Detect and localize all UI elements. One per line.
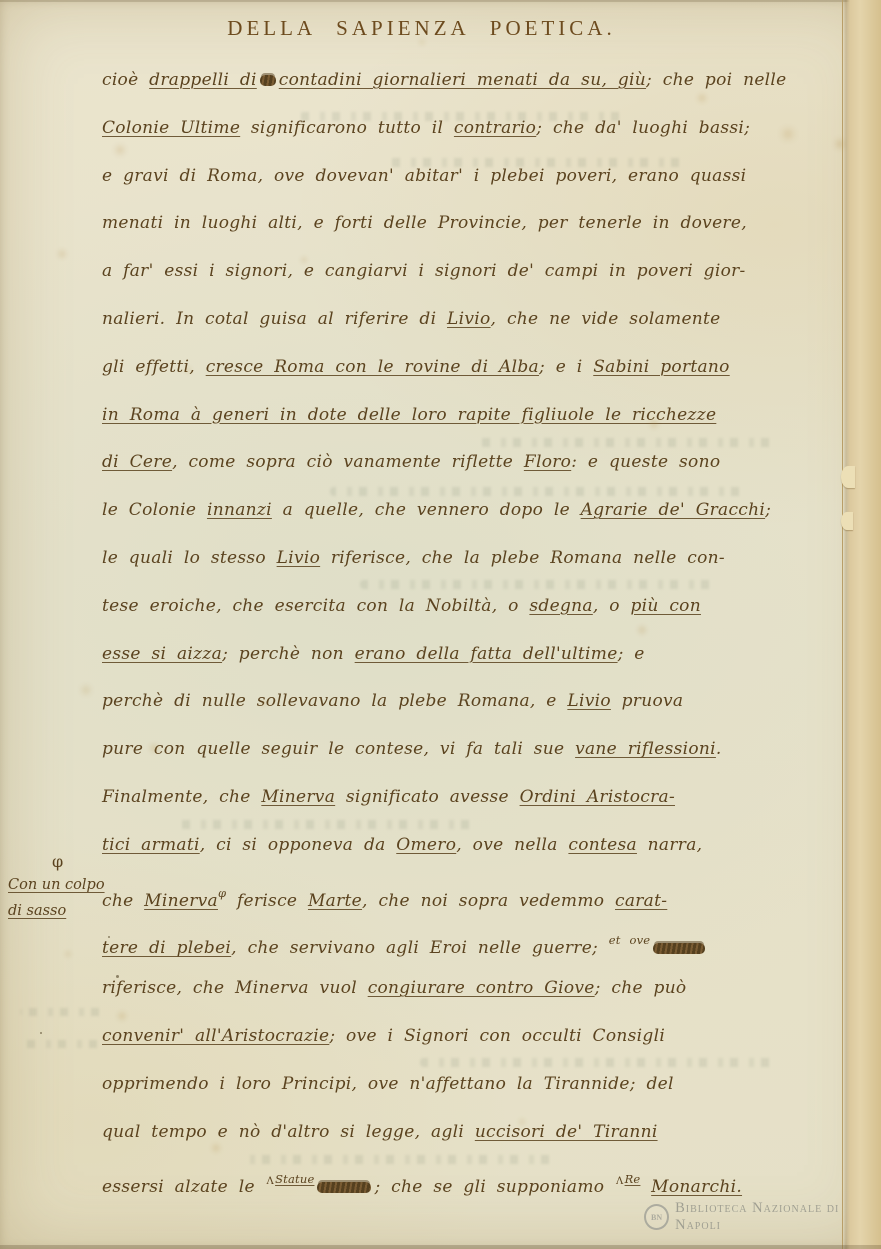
manuscript-word: carat- [615,891,667,911]
manuscript-word: Omero [396,835,456,855]
manuscript-word: cresce Roma con le rovine di Alba [206,357,539,377]
manuscript-word: ; e i [539,357,593,377]
manuscript-word: ; perchè non [222,644,355,664]
manuscript-word: pure con quelle seguir le contese, vi fa… [102,739,575,759]
manuscript-word: tici armati [102,835,200,855]
manuscript-word: vane riflessioni [575,739,716,759]
manuscript-word: Marte [308,891,362,911]
manuscript-word [640,1177,651,1197]
manuscript-line: gli effetti, cresce Roma con le rovine d… [102,344,847,392]
manuscript-word: opprimendo i loro Principi, ove n'affett… [102,1074,674,1094]
manuscript-word: le quali lo stesso [102,548,277,568]
manuscript-word: , che servivano agli Eroi nelle guerre; [231,938,609,958]
bleedthrough-mark [330,487,750,496]
margin-note-line-1: Con un colpo [8,872,110,898]
manuscript-word: in Roma à generi in dote delle loro rapi… [102,405,716,425]
manuscript-word: : e queste sono [571,452,720,472]
scan-top-edge [0,0,881,2]
manuscript-word: esse si aizza [102,644,222,664]
manuscript-word: pruova [611,691,683,711]
manuscript-word: menati in luoghi alti, e forti delle Pro… [102,213,747,233]
manuscript-word: ; che se gli supponiamo [374,1177,615,1197]
manuscript-word: contesa [568,835,637,855]
manuscript-word: essersi alzate le [102,1177,266,1197]
manuscript-word: ; ove i Signori con occulti Consigli [329,1026,665,1046]
manuscript-word: uccisori de' Tiranni [475,1122,658,1142]
manuscript-word: , ci si opponeva da [200,835,397,855]
manuscript-word: le Colonie [102,500,207,520]
manuscript-line: le quali lo stesso Livio riferisce, che … [102,535,847,583]
manuscript-word: gli effetti, [102,357,206,377]
manuscript-word: erano della fatta dell'ultime [355,644,618,664]
manuscript-word: riferisce, che la plebe Romana nelle con… [320,548,725,568]
manuscript-word: Agrarie de' Gracchi [581,500,765,520]
manuscript-word: di Cere [102,452,172,472]
manuscript-word: Livio [277,548,321,568]
manuscript-line: menati in luoghi alti, e forti delle Pro… [102,200,847,248]
manuscript-word: Floro [524,452,571,472]
manuscript-page: DELLA SAPIENZA POETICA. cioè drappelli d… [0,0,881,1249]
scan-bottom-edge [0,1245,881,1249]
ink-speck [40,1032,42,1034]
manuscript-word: Minerva [261,787,335,807]
manuscript-line: in Roma à generi in dote delle loro rapi… [102,392,847,440]
manuscript-word: . [716,739,722,759]
manuscript-line: tese eroiche, che esercita con la Nobilt… [102,583,847,631]
bleedthrough-mark [240,1155,560,1164]
bleedthrough-mark [180,820,480,829]
insertion-caret: Λ [267,1176,275,1187]
manuscript-word: ; [765,500,771,520]
manuscript-word: Re [625,1172,641,1186]
scribbled-out-word [260,75,276,86]
margin-note: φ Con un colpo di sasso [8,852,110,924]
manuscript-word: Livio [447,309,491,329]
manuscript-line: cioè drappelli dicontadini giornalieri m… [102,57,847,105]
manuscript-word: Sabini portano [593,357,729,377]
manuscript-word: Finalmente, che [102,787,261,807]
manuscript-word: sdegna [529,596,592,616]
manuscript-word: riferisce, che Minerva vuol [102,978,368,998]
manuscript-word: ferisce [226,891,308,911]
manuscript-word: Minerva [144,891,218,911]
bleedthrough-mark [420,1058,780,1067]
manuscript-line: che Minervaφ ferisce Marte, che noi sopr… [102,870,847,918]
manuscript-word: drappelli di [149,70,257,90]
manuscript-word: qual tempo e nò d'altro si legge, agli [102,1122,475,1142]
manuscript-line: opprimendo i loro Principi, ove n'affett… [102,1061,847,1109]
manuscript-word: ; che poi nelle [646,70,786,90]
manuscript-word: , che noi sopra vedemmo [362,891,615,911]
manuscript-line: qual tempo e nò d'altro si legge, agli u… [102,1109,847,1157]
bleedthrough-mark [22,1040,108,1048]
manuscript-word: cioè [102,70,149,90]
library-logo-icon: BN [644,1204,669,1230]
manuscript-line: convenir' all'Aristocrazie; ove i Signor… [102,1013,847,1061]
manuscript-line: pure con quelle seguir le contese, vi fa… [102,726,847,774]
ink-speck [108,936,110,938]
manuscript-line: Finalmente, che Minerva significato aves… [102,774,847,822]
manuscript-word: φ [218,886,226,900]
manuscript-word: perchè di nulle sollevavano la plebe Rom… [102,691,567,711]
manuscript-word: più con [630,596,700,616]
manuscript-word: a far' essi i signori, e cangiarvi i sig… [102,261,746,281]
manuscript-line: a far' essi i signori, e cangiarvi i sig… [102,248,847,296]
manuscript-word: nalieri. In cotal guisa al riferire di [102,309,447,329]
page-edge-notch [841,512,853,530]
manuscript-line: riferisce, che Minerva vuol congiurare c… [102,965,847,1013]
manuscript-word: significato avesse [335,787,519,807]
manuscript-word: e gravi di Roma, ove dovevan' abitar' i … [102,166,746,186]
manuscript-word: Monarchi. [651,1177,742,1197]
manuscript-line: esse si aizza; perchè non erano della fa… [102,631,847,679]
bleedthrough-mark [20,1008,110,1016]
bleedthrough-mark [300,112,630,121]
manuscript-word: convenir' all'Aristocrazie [102,1026,329,1046]
insertion-mark-icon: φ [52,852,110,872]
manuscript-word: Colonie Ultime [102,118,240,138]
bleedthrough-mark [480,438,780,447]
insertion-caret: Λ [616,1176,624,1187]
manuscript-word: narra, [637,835,702,855]
manuscript-line: perchè di nulle sollevavano la plebe Rom… [102,678,847,726]
manuscript-word: Statue [275,1172,314,1186]
bleedthrough-mark [360,580,720,589]
manuscript-word: , ove nella [456,835,568,855]
manuscript-word: Livio [567,691,611,711]
bleedthrough-mark [390,158,690,167]
scribbled-out-word [653,943,705,954]
manuscript-word: , che ne vide solamente [491,309,721,329]
scribbled-out-word [317,1182,371,1193]
manuscript-word: tese eroiche, che esercita con la Nobilt… [102,596,529,616]
manuscript-line: tere di plebei, che servivano agli Eroi … [102,917,847,965]
manuscript-word: Ordini Aristocra- [520,787,675,807]
manuscript-word: et ove [609,933,651,947]
manuscript-word: congiurare contro Giove [368,978,595,998]
manuscript-line: nalieri. In cotal guisa al riferire di L… [102,296,847,344]
manuscript-word: ; e [618,644,645,664]
manuscript-word: , o [593,596,631,616]
manuscript-word: ; che può [595,978,687,998]
manuscript-word: contadini giornalieri menati da su, giù [279,70,646,90]
manuscript-text: cioè drappelli dicontadini giornalieri m… [102,57,847,1204]
page-title: DELLA SAPIENZA POETICA. [0,16,843,41]
manuscript-word: tere di plebei [102,938,231,958]
page-edge [842,0,881,1249]
foxing-spots [0,0,4,4]
ink-speck [116,975,119,978]
manuscript-word: a quelle, che vennero dopo le [272,500,581,520]
manuscript-word: innanzi [207,500,272,520]
margin-note-line-2: di sasso [8,898,110,924]
manuscript-word: , come sopra ciò vanamente riflette [172,452,524,472]
page-edge-notch [841,466,855,488]
